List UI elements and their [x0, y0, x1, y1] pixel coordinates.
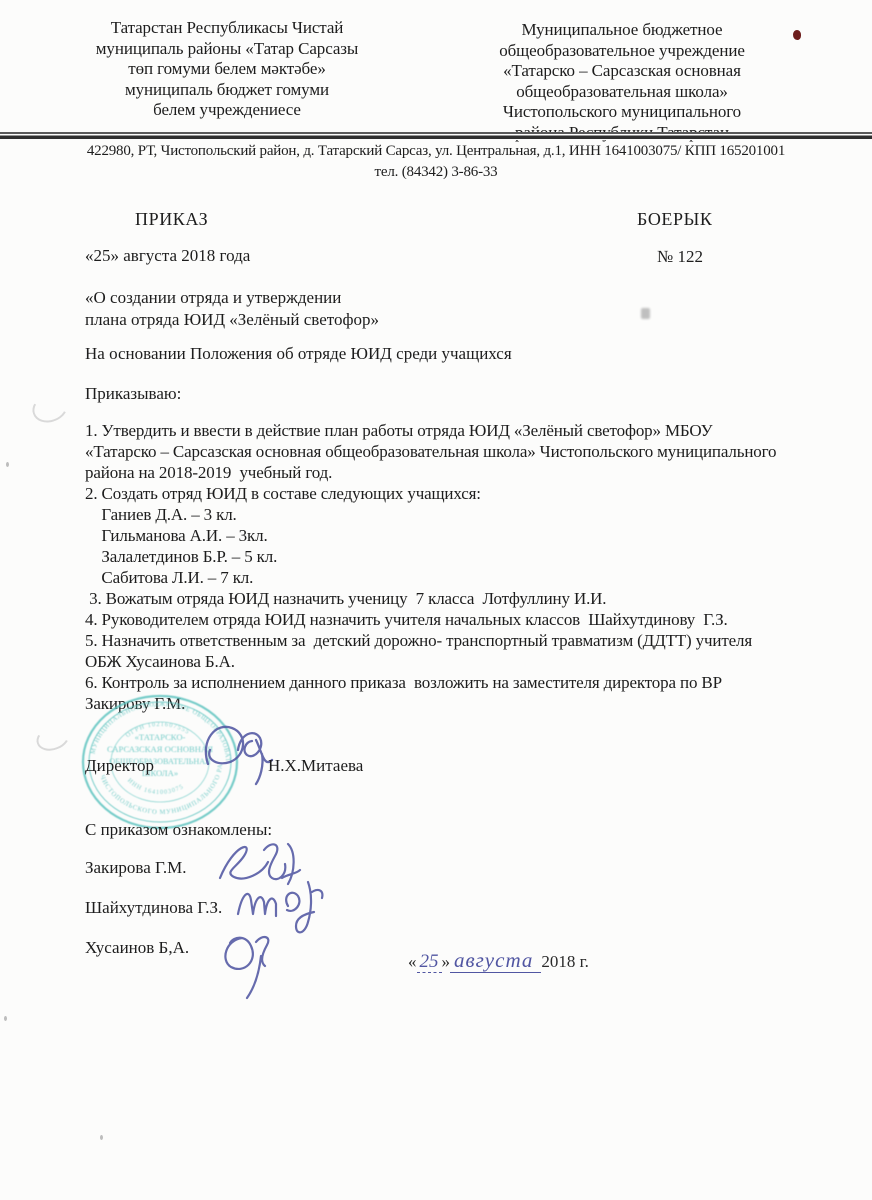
- stamp-center-line1: «ТАТАРСКО-: [135, 732, 186, 742]
- order-directive: Приказываю:: [85, 384, 181, 404]
- order-body-line: Ганиев Д.А. – 3 кл.: [85, 504, 860, 525]
- letterhead-line: белем учреждениесе: [28, 100, 426, 121]
- director-signature-ink: [192, 708, 287, 798]
- order-body-line: 4. Руководителем отряда ЮИД назначить уч…: [85, 609, 860, 630]
- letterhead-russian: Муниципальное бюджетноеобщеобразовательн…: [438, 20, 806, 143]
- quote-close: »: [442, 952, 451, 971]
- signatory-name: Закирова Г.М.: [85, 858, 187, 878]
- quote-open: «: [408, 952, 417, 971]
- order-body-line: района на 2018-2019 учебный год.: [85, 462, 860, 483]
- order-subject-line2: плана отряда ЮИД «Зелёный светофор»: [85, 310, 379, 330]
- letterhead-line: Чистопольского муниципального: [438, 102, 806, 123]
- date-year-suffix: 2018 г.: [541, 952, 589, 971]
- letterhead-line: «Татарско – Сарсазская основная: [438, 61, 806, 82]
- order-body-line: Сабитова Л.И. – 7 кл.: [85, 567, 860, 588]
- order-body: 1. Утвердить и ввести в действие план ра…: [85, 420, 860, 714]
- order-body-line: 6. Контроль за исполнением данного прика…: [85, 672, 860, 693]
- order-number: № 122: [657, 247, 703, 267]
- stamp-inner-bottom-text: ИНН 1641003075: [126, 777, 185, 796]
- scan-speck: [100, 1135, 103, 1140]
- director-label: Директор: [85, 756, 154, 776]
- letterhead-divider-rule: [0, 132, 872, 140]
- signatory-name: Шайхутдинова Г.З.: [85, 898, 222, 918]
- order-body-line: «Татарско – Сарсазская основная общеобра…: [85, 441, 860, 462]
- order-body-line: 1. Утвердить и ввести в действие план ра…: [85, 420, 860, 441]
- scan-speck: [4, 1016, 7, 1021]
- phone-line: тел. (84342) 3-86-33: [0, 164, 872, 181]
- signatory-name: Хусаинов Б,А.: [85, 938, 189, 958]
- ink-blot-artifact: [793, 30, 801, 40]
- scan-arc-artifact: [28, 389, 71, 428]
- letterhead-tatar: Татарстан Республикасы Чистаймуниципаль …: [28, 18, 426, 121]
- order-title-tatar: БОЕРЫК: [637, 209, 713, 230]
- order-subject-line1: «О создании отряда и утверждении: [85, 288, 341, 308]
- scan-speck: [6, 462, 9, 467]
- order-title-russian: ПРИКАЗ: [135, 209, 208, 230]
- director-name: Н.Х.Митаева: [268, 756, 363, 776]
- svg-text:ИНН 1641003075: ИНН 1641003075: [126, 777, 185, 796]
- order-body-line: 2. Создать отряд ЮИД в составе следующих…: [85, 483, 860, 504]
- letterhead-line: Муниципальное бюджетное: [438, 20, 806, 41]
- letterhead-line: Татарстан Республикасы Чистай: [28, 18, 426, 39]
- order-body-line: Залалетдинов Б.Р. – 5 кл.: [85, 546, 860, 567]
- address-line: 422980, РТ, Чистопольский район, д. Тата…: [0, 143, 872, 160]
- order-body-line: 3. Вожатым отряда ЮИД назначить ученицу …: [85, 588, 860, 609]
- letterhead-line: төп гомуми белем мәктәбе»: [28, 59, 426, 80]
- letterhead-line: общеобразовательное учреждение: [438, 41, 806, 62]
- scanned-order-document: Татарстан Республикасы Чистаймуниципаль …: [0, 0, 872, 1200]
- order-basis: На основании Положения об отряде ЮИД сре…: [85, 344, 512, 364]
- order-date: «25» августа 2018 года: [85, 246, 250, 266]
- pencil-smudge-artifact: [641, 308, 650, 319]
- handwritten-day: 25: [417, 951, 442, 973]
- letterhead-line: муниципаль бюджет гомуми: [28, 80, 426, 101]
- scan-arc-artifact: [33, 721, 73, 755]
- letterhead-line: общеобразовательная школа»: [438, 82, 806, 103]
- order-body-line: ОБЖ Хусаинова Б.А.: [85, 651, 860, 672]
- order-body-line: 5. Назначить ответственным за детский до…: [85, 630, 860, 651]
- handwritten-month: августа: [450, 948, 541, 973]
- letterhead-line: муниципаль районы «Татар Сарсазы: [28, 39, 426, 60]
- order-body-line: Гильманова А.И. – 3кл.: [85, 525, 860, 546]
- signatory-signature-ink: [212, 912, 307, 1002]
- handwritten-date-line: «25»августа2018 г.: [408, 948, 589, 973]
